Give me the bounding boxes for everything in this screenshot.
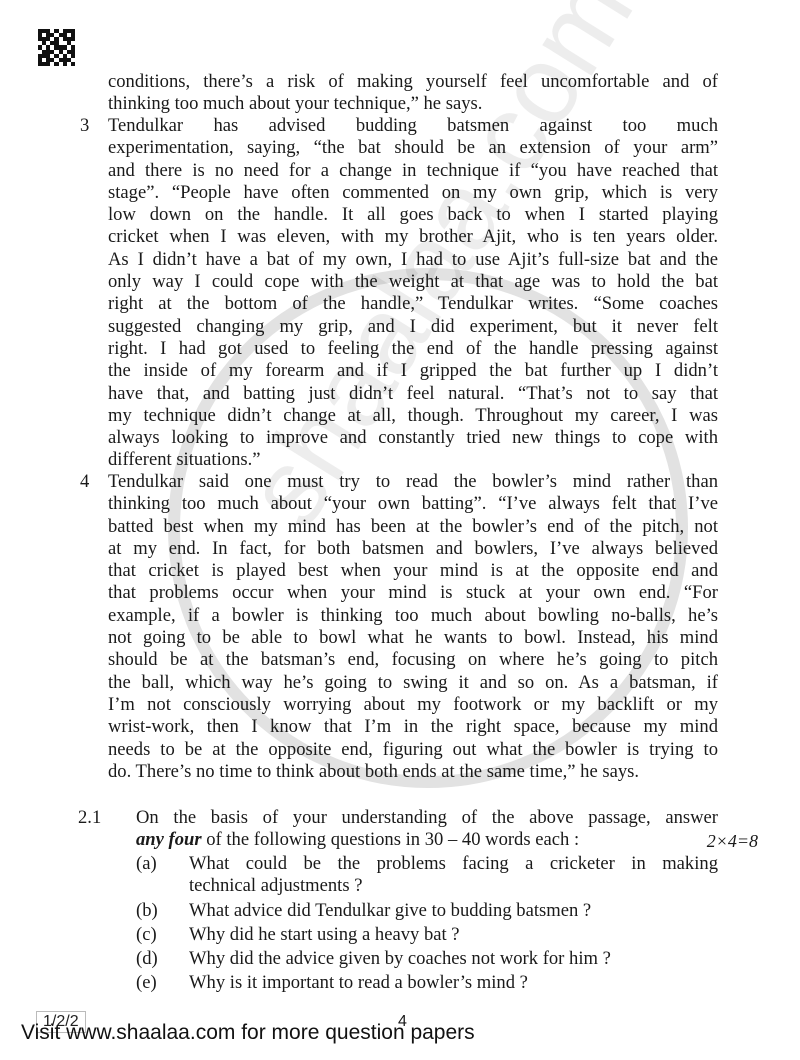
text-line: thinking too much about “your own battin… — [108, 493, 718, 515]
text-line: low down on the handle. It all goes back… — [108, 204, 718, 226]
subquestion-text: What advice did Tendulkar give to buddin… — [189, 900, 718, 922]
paragraph-4: 4 Tendulkar said one must try to read th… — [108, 471, 718, 783]
text-line: that problems occur when your mind is st… — [108, 582, 718, 604]
text-line: and there is no need for a change in tec… — [108, 160, 718, 182]
text-line: needs to be at the opposite end, figurin… — [108, 739, 718, 761]
instruction-line-1: On the basis of your understanding of th… — [136, 807, 718, 829]
text-line: experimentation, saying, “the bat should… — [108, 137, 718, 159]
text-line: at my end. In fact, for both batsmen and… — [108, 538, 718, 560]
text-line: conditions, there’s a risk of making you… — [108, 71, 718, 93]
subquestion-label: (c) — [136, 924, 157, 946]
text-line: suggested changing my grip, and I did ex… — [108, 316, 718, 338]
text-line: have that, and batting just didn’t feel … — [108, 383, 718, 405]
text-line: Tendulkar has advised budding batsmen ag… — [108, 115, 718, 137]
text-line: batted best when my mind has been at the… — [108, 516, 718, 538]
text-line: always looking to improve and constantly… — [108, 427, 718, 449]
text-line: not going to be able to bowl what he wan… — [108, 627, 718, 649]
text-line: the inside of my forearm and if I grippe… — [108, 360, 718, 382]
text-line: As I didn’t have a bat of my own, I had … — [108, 249, 718, 271]
subquestion-text: Why did the advice given by coaches not … — [189, 948, 718, 970]
paragraph-number: 4 — [80, 471, 89, 493]
instruction-rest: of the following questions in 30 – 40 wo… — [202, 829, 580, 850]
subquestion-label: (d) — [136, 948, 158, 970]
text-line: my technique didn’t change at all, thoug… — [108, 405, 718, 427]
text-line: only way I could cope with the weight at… — [108, 271, 718, 293]
text-line: right at the bottom of the handle,” Tend… — [108, 293, 718, 315]
question-instruction: On the basis of your understanding of th… — [136, 807, 718, 852]
text-line: wrist-work, then I know that I’m in the … — [108, 716, 718, 738]
text-line: different situations.” — [108, 449, 718, 471]
text-line: stage”. “People have often commented on … — [108, 182, 718, 204]
subquestion-text: What could be the problems facing a cric… — [189, 853, 718, 875]
text-line: that cricket is played best when your mi… — [108, 560, 718, 582]
text-line: the ball, which way he’s going to swing … — [108, 672, 718, 694]
subquestion-text: Why did he start using a heavy bat ? — [189, 924, 718, 946]
paragraph-number: 3 — [80, 115, 89, 137]
subquestion-label: (b) — [136, 900, 158, 922]
instruction-line-2: any four of the following questions in 3… — [136, 829, 718, 851]
text-line: cricket when I was eleven, with my broth… — [108, 226, 718, 248]
paragraph-3: 3 Tendulkar has advised budding batsmen … — [108, 115, 718, 472]
text-line: do. There’s no time to think about both … — [108, 761, 718, 783]
text-line: example, if a bowler is thinking too muc… — [108, 605, 718, 627]
text-line: I’m not consciously worrying about my fo… — [108, 694, 718, 716]
paragraph-2-continued: conditions, there’s a risk of making you… — [108, 71, 718, 116]
marks-allocation: 2×4=8 — [707, 831, 758, 852]
text-line: should be at the batsman’s end, focusing… — [108, 649, 718, 671]
subquestion-text: technical adjustments ? — [189, 875, 718, 897]
qr-code-icon — [38, 29, 75, 66]
subquestion-text: Why is it important to read a bowler’s m… — [189, 972, 718, 994]
visit-link-banner[interactable]: Visit www.shaalaa.com for more question … — [21, 1021, 475, 1045]
text-line: thinking too much about your technique,”… — [108, 93, 718, 115]
subquestion-label: (a) — [136, 853, 157, 875]
subquestion-label: (e) — [136, 972, 157, 994]
instruction-emphasis: any four — [136, 829, 202, 850]
question-number: 2.1 — [78, 807, 101, 829]
text-line: right. I had got used to feeling the end… — [108, 338, 718, 360]
text-line: Tendulkar said one must try to read the … — [108, 471, 718, 493]
